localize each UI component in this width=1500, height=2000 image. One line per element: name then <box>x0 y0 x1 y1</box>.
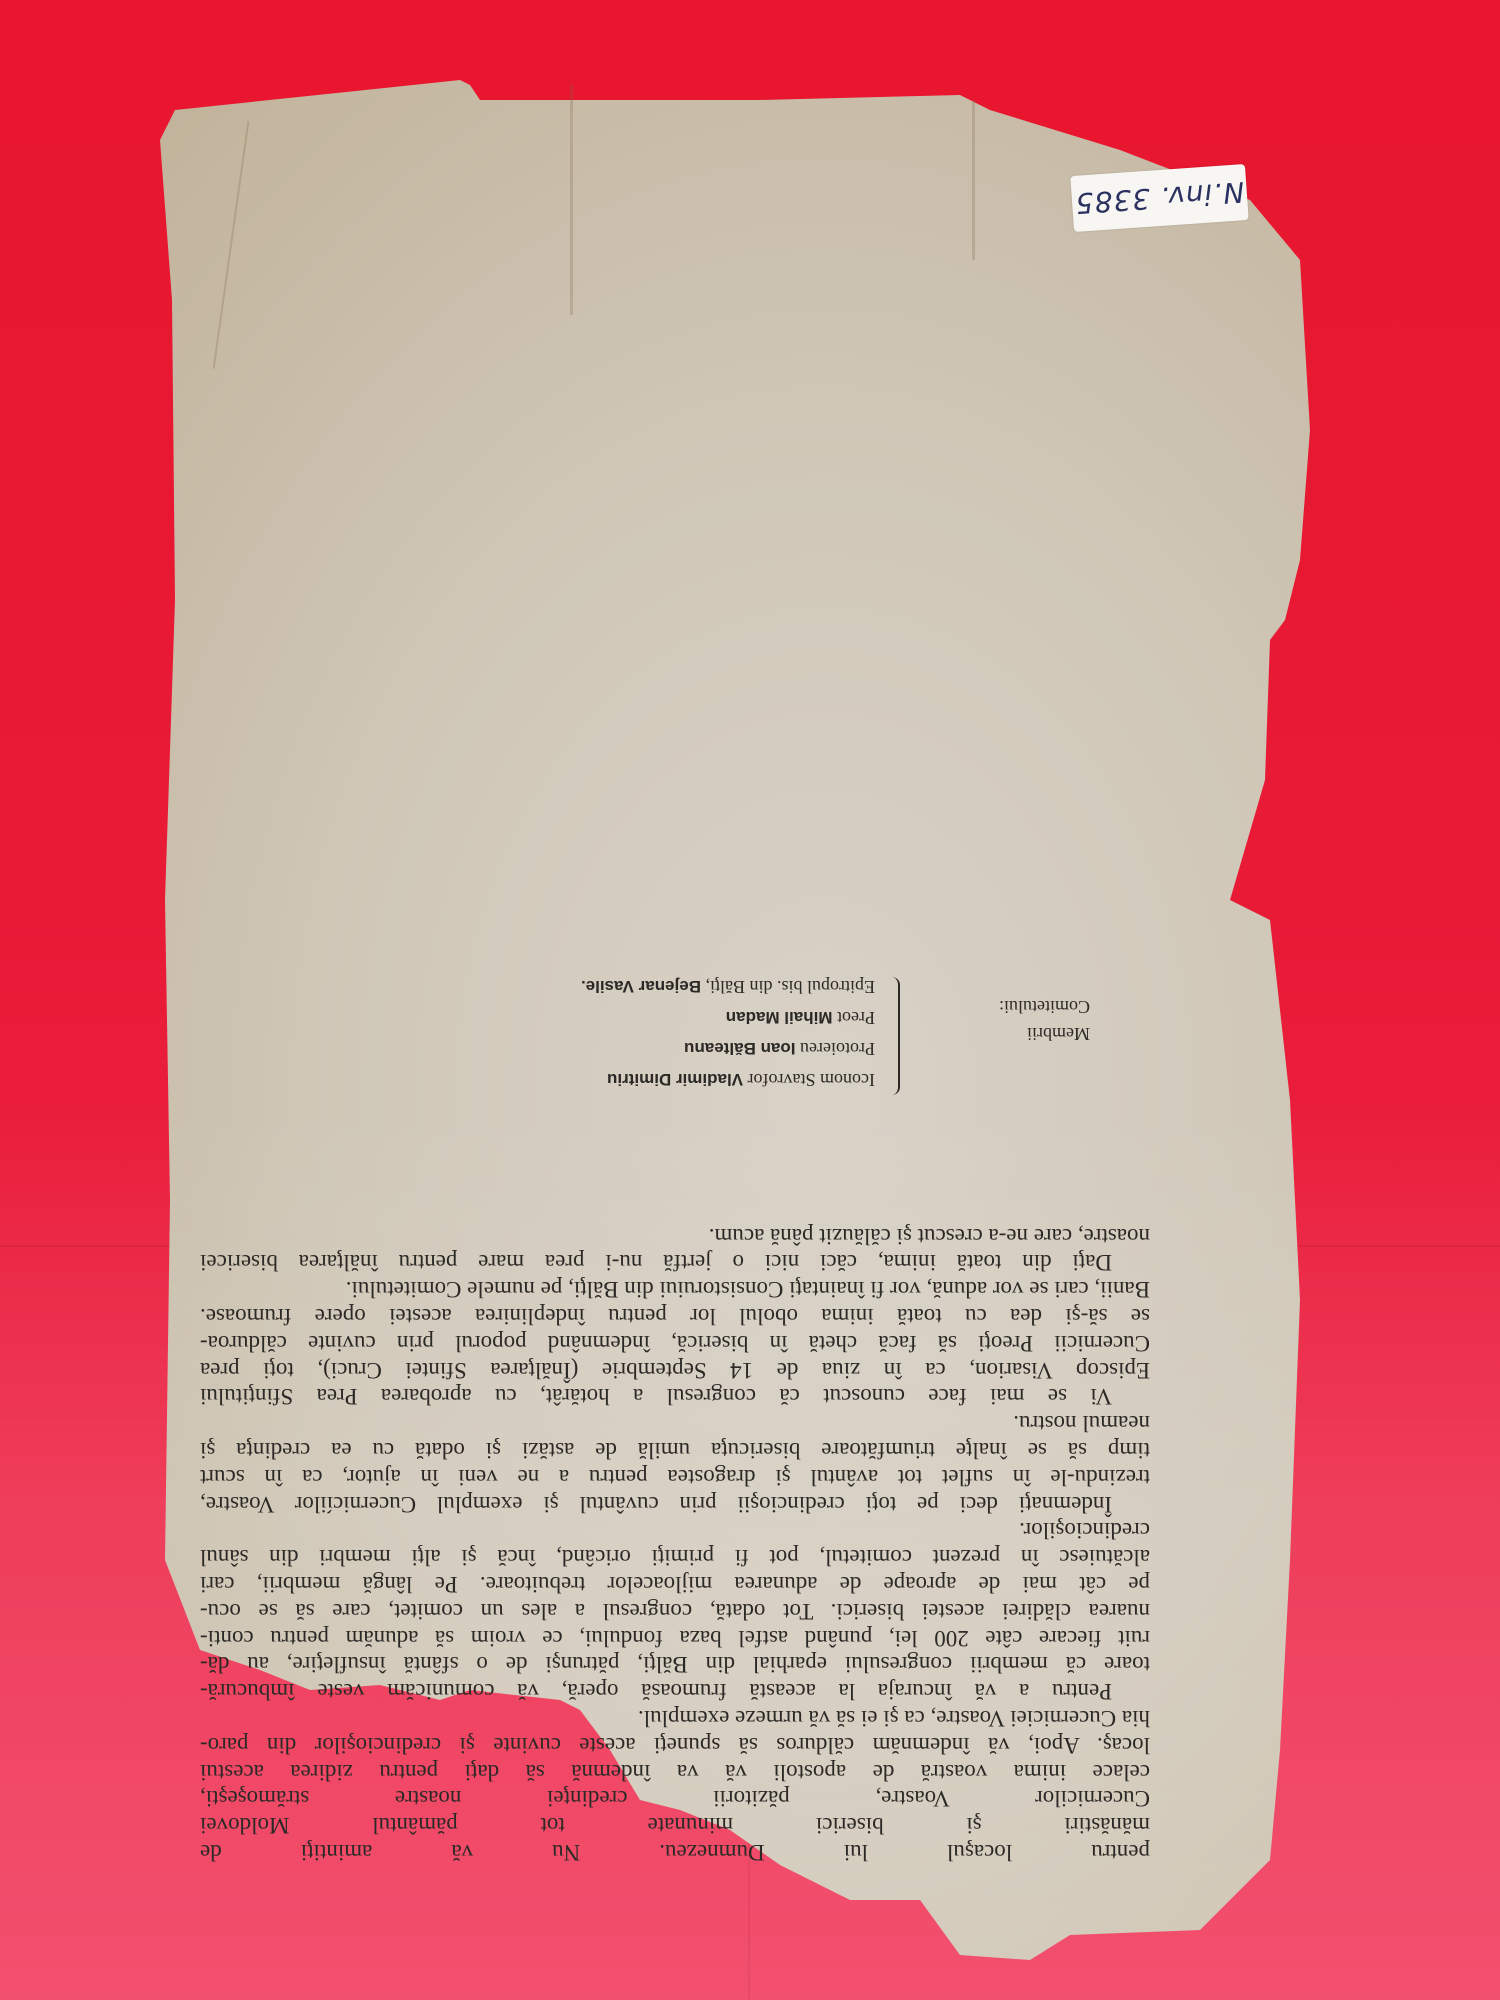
text-line: hia Cucerniciei Voastre, ca şi ei să vă … <box>200 1704 1150 1731</box>
paragraph: Îndemnaţi deci pe toţi credincioşii prin… <box>200 1409 1150 1516</box>
member-name: Bejenar Vasile. <box>581 977 701 996</box>
text-line: noastre, care ne-a crescut şi călăuzit p… <box>200 1222 1150 1249</box>
text-line: neamul nostru. <box>200 1409 1150 1436</box>
member-title: Epitropul bis. din Bălţi, <box>701 977 875 997</box>
paper-crease <box>570 85 573 315</box>
member-name: Vladimir Dimitriu <box>607 1070 743 1089</box>
text-line: nuarea clădirei acestei biserici. Tot od… <box>200 1597 1150 1624</box>
committee-label: Membrii Comitetului: <box>999 993 1090 1047</box>
member-name: Ioan Bălteanu <box>684 1039 795 1058</box>
text-line: Cucernicii Preoţi să facă chetă în biser… <box>200 1329 1150 1356</box>
text-line: Banii, cari se vor adună, vor fi înainta… <box>200 1275 1150 1302</box>
member-title: Preot <box>833 1008 876 1028</box>
text-line: timp să se înalţe triumfătoare bisericuţ… <box>200 1436 1150 1463</box>
committee-member: Iconom Stavrofor Vladimir Dimitriu <box>581 1064 875 1095</box>
paragraph: Pentru a vă încuraja la această frumoasă… <box>200 1517 1150 1705</box>
brace-icon <box>886 977 900 1095</box>
paragraph: Daţi din toată inima, căci nici o jertfă… <box>200 1222 1150 1276</box>
text-line: toare că membrii congresului eparhial di… <box>200 1651 1150 1678</box>
text-line: pe cât mai de aproape de adunarea mijloa… <box>200 1570 1150 1597</box>
text-line: Vi se mai face cunoscut că congresul a h… <box>200 1383 1150 1410</box>
text-line: Episcop Visarion, ca în ziua de 14 Septe… <box>200 1356 1150 1383</box>
text-line: Daţi din toată inima, căci nici o jertfă… <box>200 1249 1150 1276</box>
printed-text: pentru locaşul lui Dumnezeu. Nu vă amint… <box>150 855 1150 1865</box>
text-line: ruit fiecare câte 200 lei, punând astfel… <box>200 1624 1150 1651</box>
text-line: mănăstiri şi biserici minunate tot pămân… <box>200 1811 1150 1838</box>
body-text: pentru locaşul lui Dumnezeu. Nu vă amint… <box>200 1222 1150 1865</box>
text-line: celace inima voastră de apostoli vă va î… <box>200 1758 1150 1785</box>
paper-crease <box>972 100 975 260</box>
committee-members: Iconom Stavrofor Vladimir DimitriuProtoi… <box>581 971 875 1095</box>
text-line: pentru locaşul lui Dumnezeu. Nu vă amint… <box>200 1838 1150 1865</box>
paragraph: Vi se mai face cunoscut că congresul a h… <box>200 1275 1150 1409</box>
text-line: se să-şi dea cu toată inima obolul lor p… <box>200 1302 1150 1329</box>
paragraph: pentru locaşul lui Dumnezeu. Nu vă amint… <box>200 1704 1150 1865</box>
committee-member: Protoiereu Ioan Bălteanu <box>581 1033 875 1064</box>
text-line: Cucernicilor Voastre, păzitorii credinţe… <box>200 1785 1150 1812</box>
text-line: trezindu-le în suflet tot avântul şi dra… <box>200 1463 1150 1490</box>
committee-member: Epitropul bis. din Bălţi, Bejenar Vasile… <box>581 971 875 1002</box>
text-line: alcătuiesc în prezent comitetul, pot fi … <box>200 1543 1150 1570</box>
text-line: credincioşilor. <box>200 1517 1150 1544</box>
text-line: Pentru a vă încuraja la această frumoasă… <box>200 1677 1150 1704</box>
text-line: locaş. Apoi, vă îndemnăm călduros să spu… <box>200 1731 1150 1758</box>
member-title: Iconom Stavrofor <box>743 1070 875 1090</box>
text-line: Îndemnaţi deci pe toţi credincioşii prin… <box>200 1490 1150 1517</box>
member-title: Protoiereu <box>796 1039 875 1059</box>
committee-member: Preot Mihail Madan <box>581 1002 875 1033</box>
member-name: Mihail Madan <box>726 1008 833 1027</box>
